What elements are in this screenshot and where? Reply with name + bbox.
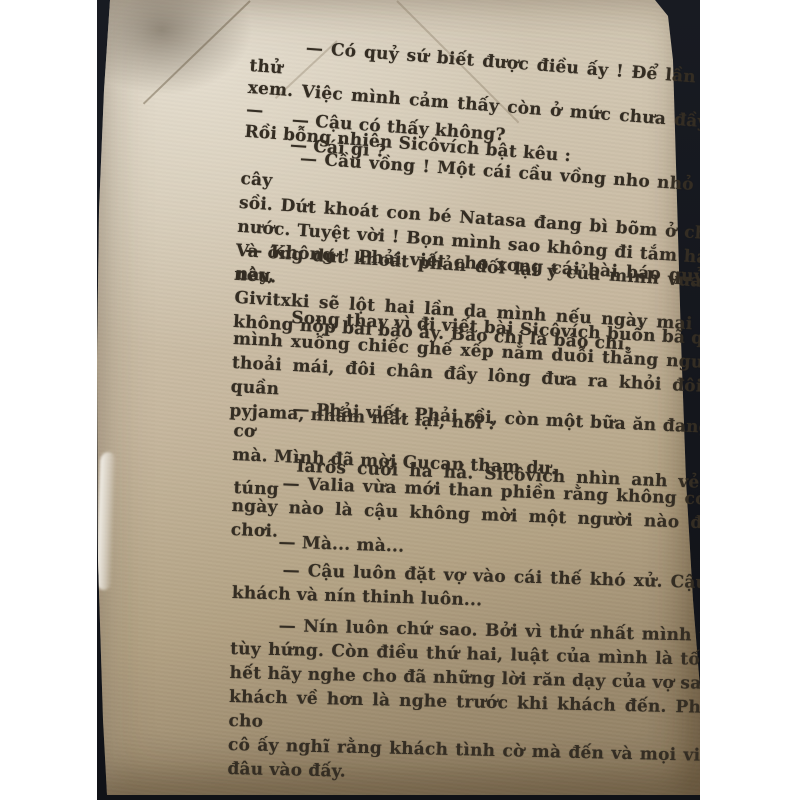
book-page-photo: — Có quỷ sứ biết được điều ấy ! Để lần k…: [97, 0, 700, 800]
corner-shadow: [97, 0, 252, 95]
paper-crease: [143, 0, 251, 104]
paragraph: — Nín luôn chứ sao. Bởi vì thứ nhất mình…: [227, 613, 700, 793]
screenshot-canvas: { "doc": { "page_number": "23", "paragra…: [0, 0, 800, 800]
page-edge-highlight: [97, 452, 116, 590]
